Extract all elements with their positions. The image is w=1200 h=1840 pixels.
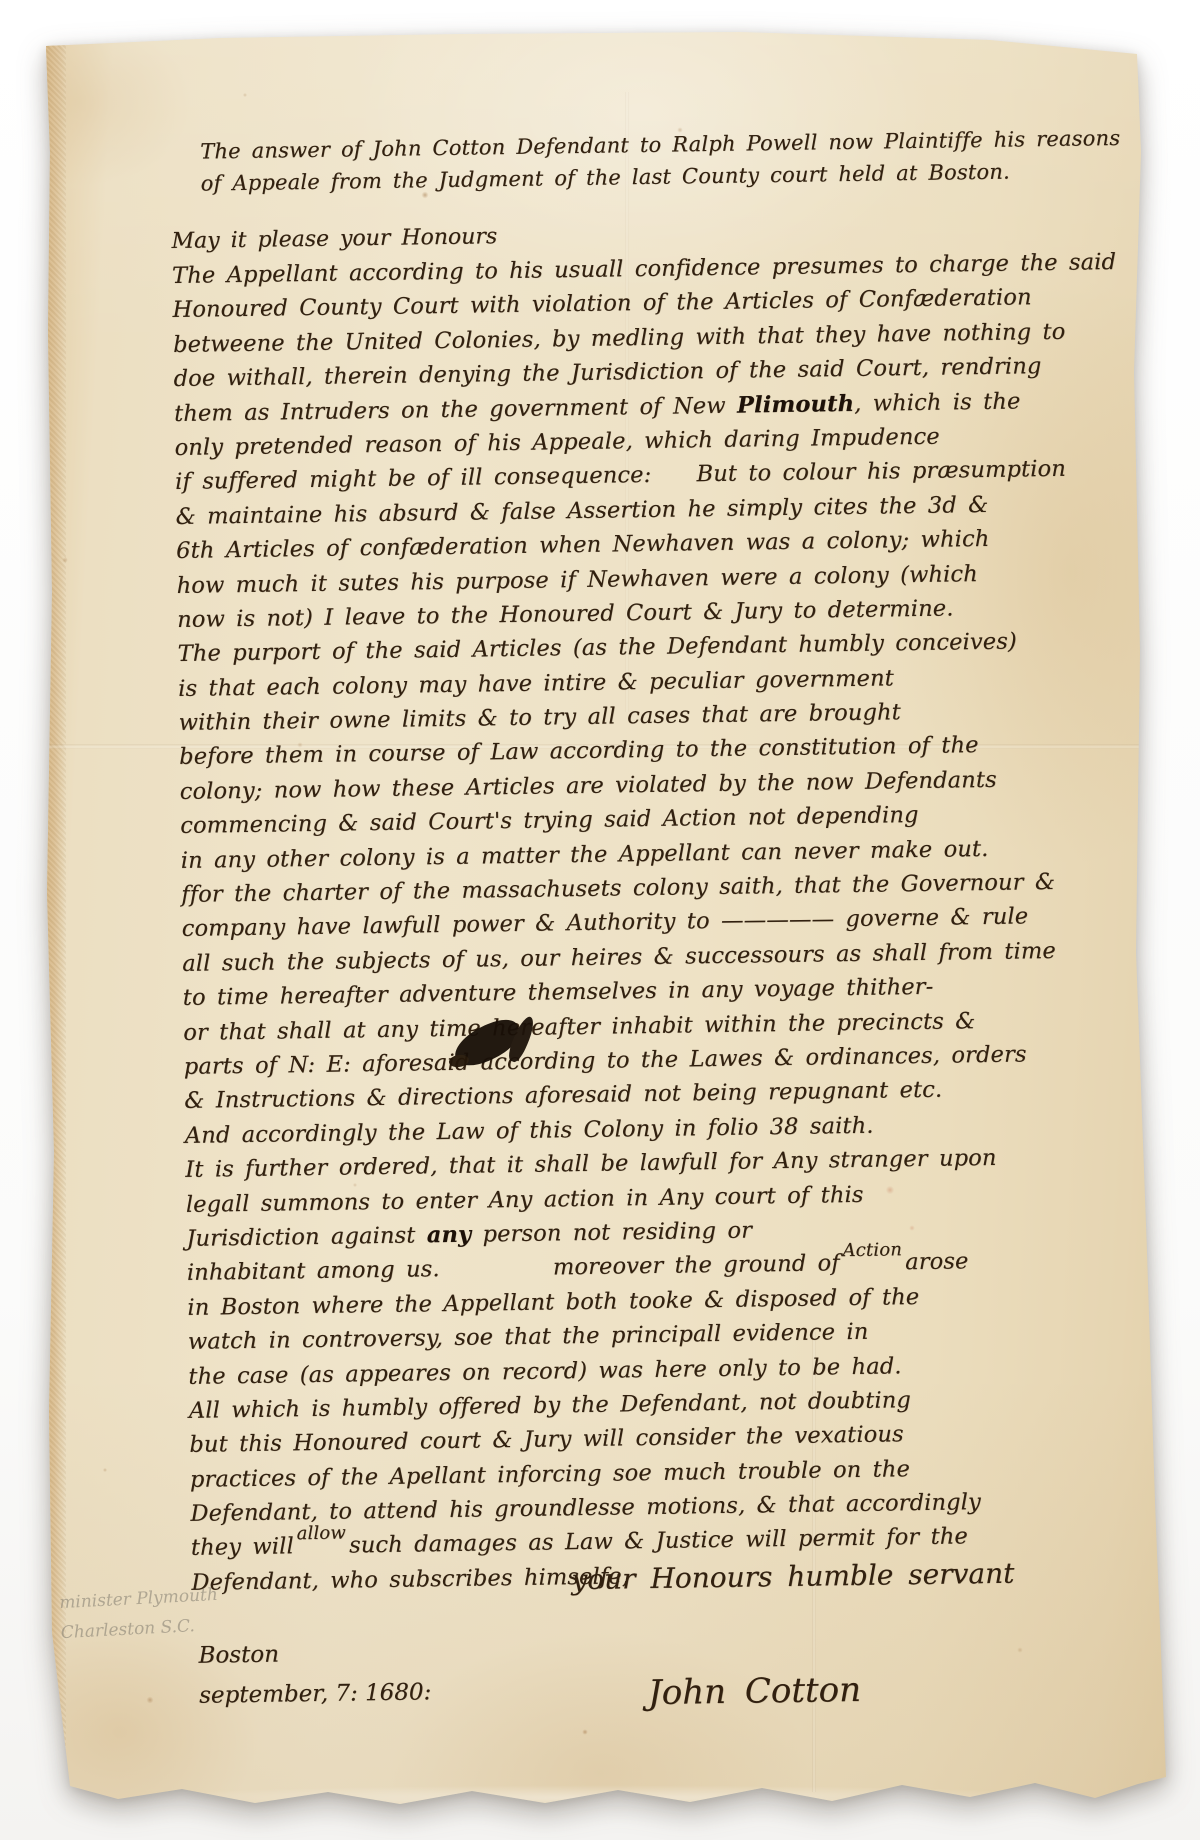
manuscript-line-part: arose <box>905 1249 969 1276</box>
manuscript-body: The Appellant according to his usuall co… <box>172 246 1037 1600</box>
manuscript-line-part: moreover the ground of <box>553 1251 840 1281</box>
document-heading: The answer of John Cotton Defendant to R… <box>170 124 1016 200</box>
manuscript-line-part: Jurisdiction against <box>186 1222 427 1252</box>
pencil-annotation: minister Plymouth Charleston S.C. <box>59 1580 221 1648</box>
manuscript-line-part: person not residing or <box>471 1217 752 1247</box>
signature-john-cotton: John Cotton <box>648 1670 861 1713</box>
paper-shadow-wrapper: The answer of John Cotton Defendant to R… <box>40 32 1180 1822</box>
handwritten-content: The answer of John Cotton Defendant to R… <box>170 124 1037 1600</box>
manuscript-line-part: inhabitant among us. <box>187 1255 553 1286</box>
manuscript-line-part: , which is the <box>854 388 1021 416</box>
manuscript-line-part: them as Intruders on the government of N… <box>174 392 737 426</box>
closing-line: your Honours humble servant <box>571 1557 1014 1597</box>
inserted-word: allow <box>297 1523 347 1545</box>
manuscript-line-part: such damages as Law & Justice will permi… <box>349 1524 968 1559</box>
manuscript-page: The answer of John Cotton Defendant to R… <box>40 32 1180 1822</box>
dateline-date: september, 7: 1680: <box>199 1679 432 1708</box>
manuscript-line-part: any <box>427 1222 472 1249</box>
manuscript-line-part: Plimouth <box>737 390 855 418</box>
dateline-place: Boston <box>198 1642 279 1669</box>
photo-background: The answer of John Cotton Defendant to R… <box>0 0 1200 1840</box>
manuscript-line-part: they will <box>191 1534 294 1562</box>
paper-binding-edge <box>40 32 66 1822</box>
inserted-word: Action <box>842 1240 902 1262</box>
